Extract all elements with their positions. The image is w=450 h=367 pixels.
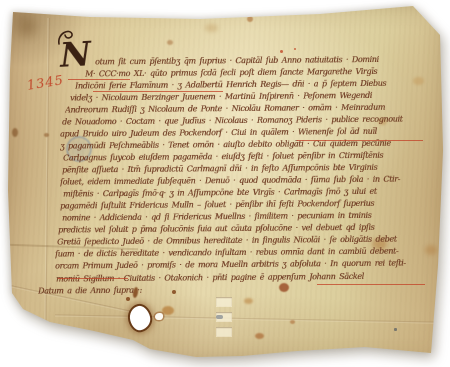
parchment-shadow-wrap: 1345 N otum ſit cum p̄ſentibʒ q̄m ſupriu… — [0, 0, 450, 367]
manuscript-line: Indicōni ferie Flamīnum · ʒ Adalbertū… — [75, 78, 427, 91]
manuscript-line: miſtēnis · Carlpagīs ſmō·q· ʒ in Aſſu… — [63, 186, 423, 199]
ink-dot — [294, 48, 296, 50]
marginal-date-annotation: 1345 — [26, 74, 65, 94]
initial-letter: N — [59, 37, 92, 73]
hole-small — [155, 313, 163, 320]
crease-vertical-left — [44, 18, 49, 330]
manuscript-line: nomine · Addicienda · qd ſi Fridericus M… — [62, 210, 420, 223]
stain — [44, 133, 49, 137]
manuscript-line: Andreorum Rudiſſi ʒ Nicolaum de Ponte · … — [65, 102, 426, 115]
stain — [167, 40, 173, 45]
parchment: 1345 N otum ſit cum p̄ſentibʒ q̄m ſupriu… — [0, 0, 450, 367]
manuscript-line: de Nouadomo · Coctam · que Judīus · Nic… — [62, 114, 426, 127]
manuscript-line: ſoluet, eidem immediate ſubſequēn · Den… — [60, 174, 424, 187]
seal-slit — [216, 327, 232, 336]
manuscript-line: M· CCC·mo XL· qūto primus ſcdā ſecli p… — [85, 67, 428, 80]
red-strike — [58, 278, 128, 279]
hole — [127, 304, 152, 332]
manuscript-line: apud Bruido uiro Judeum des Pockendorf ·… — [60, 126, 426, 139]
stain — [255, 333, 264, 339]
red-underline — [68, 79, 130, 80]
seal-slit — [216, 297, 232, 306]
manuscript-line: videlʒ · Nicolaum Berzinger Juuenem · Ma… — [70, 90, 426, 103]
spot — [394, 328, 397, 331]
manuscript-line: Gretiā ſepedicto Judeō · de Omnibus he… — [57, 234, 420, 247]
stain — [244, 298, 253, 304]
manuscript-line: pagamēdi ſuſtulit Fridericus Mulln – ſo… — [60, 198, 422, 211]
seal-slits — [216, 297, 232, 351]
crease-horizontal-bottom — [55, 314, 435, 323]
seal-mark — [216, 315, 223, 319]
stain — [425, 245, 437, 255]
stain — [12, 128, 18, 137]
manuscript-line: ſuam · de dictis hereditate · vendicando… — [55, 246, 420, 259]
manuscript-line: orcam Primum Judeō · promiſs · de mora … — [55, 258, 420, 271]
stain — [14, 10, 40, 44]
ink-dot — [280, 50, 283, 53]
stain — [162, 306, 174, 315]
manuscript-line: pēnſite aſſueta · Itm̄ ſupradictū Carl… — [62, 162, 425, 175]
manuscript-line: Carlpagnus ſuycob eiuſdem pagamēda · ei… — [63, 150, 425, 163]
ink-dot — [126, 297, 130, 301]
stain — [290, 320, 295, 324]
manuscript-line: predictis vel ſoluit p p̄ma ſolucōnis ſ… — [58, 222, 420, 235]
stain — [279, 283, 289, 292]
photograph-of-parchment-charter: 1345 N otum ſit cum p̄ſentibʒ q̄m ſupriu… — [0, 0, 450, 367]
stain — [205, 24, 218, 32]
red-underline — [297, 140, 423, 141]
stain — [176, 8, 185, 16]
manuscript-line: Datum a die Anno ſupra ·: — [38, 285, 178, 296]
red-underline — [93, 91, 223, 92]
stain — [247, 16, 253, 22]
manuscript-line: otum ſit cum p̄ſentibʒ q̄m ſuprius · Cap… — [95, 55, 428, 68]
red-underline — [317, 284, 425, 285]
